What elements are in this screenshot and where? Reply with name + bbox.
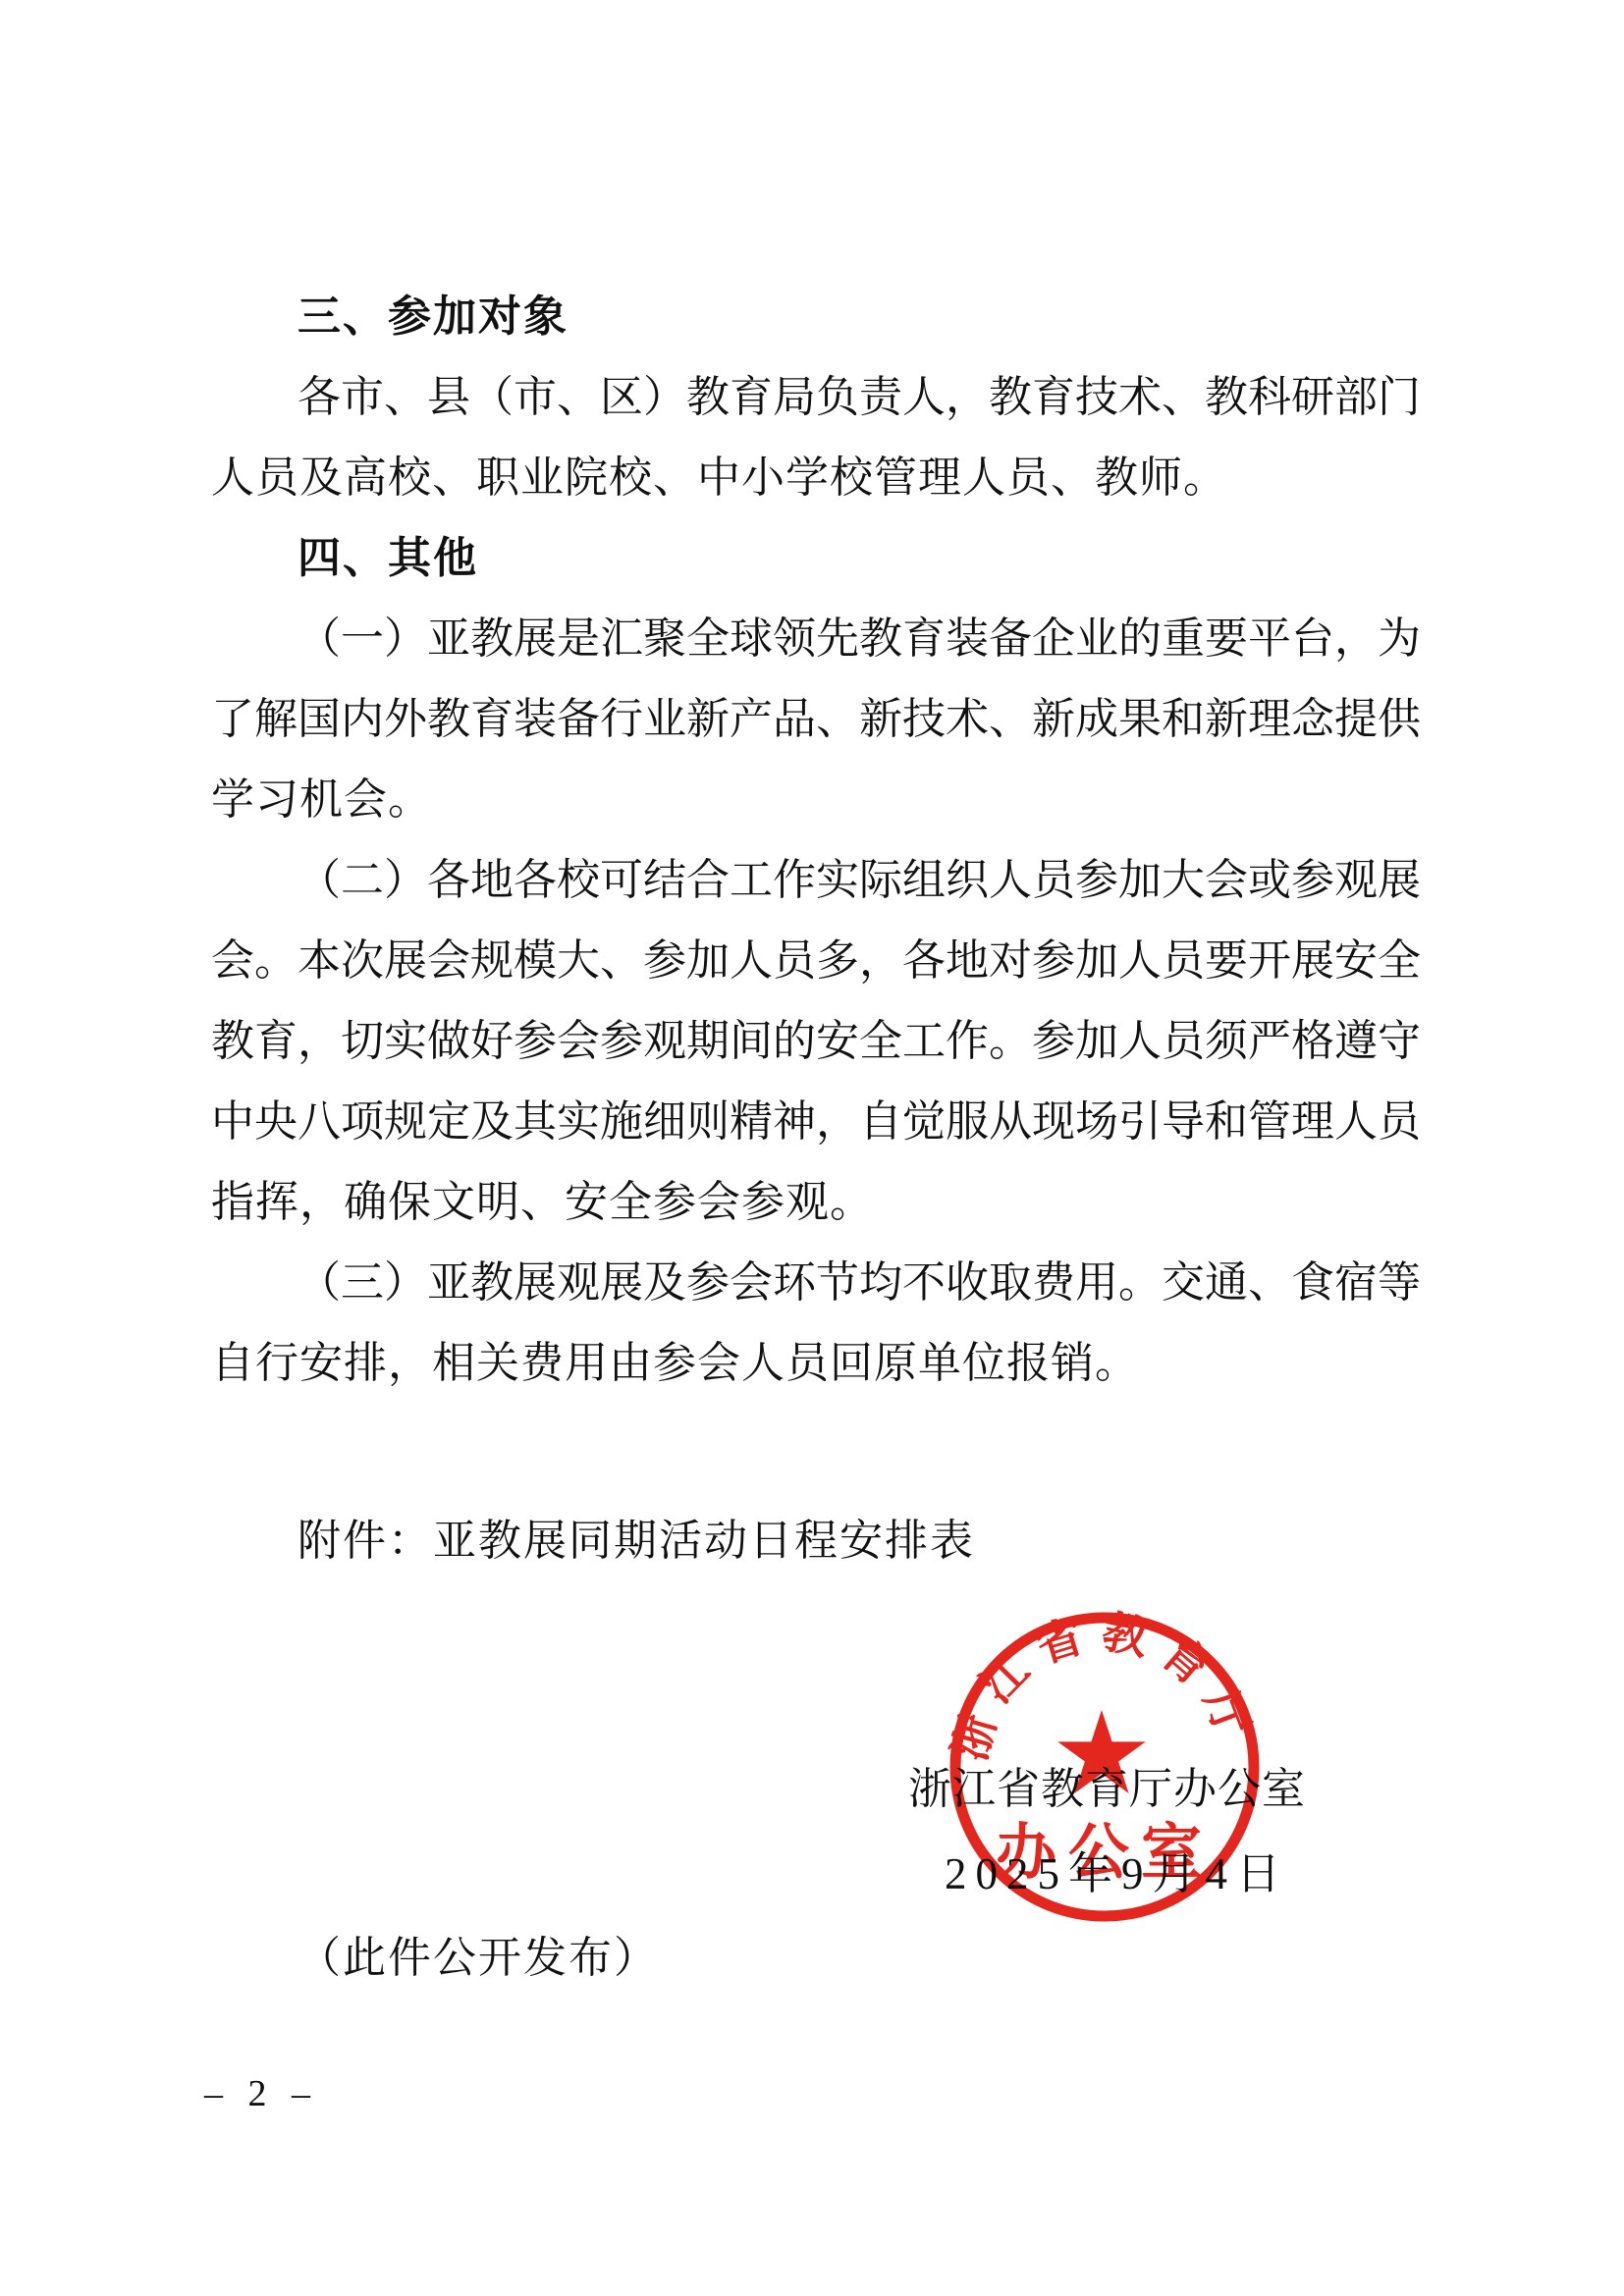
official-seal-stamp: 浙江省教育厅 办公室 <box>938 1600 1272 1934</box>
section3-line-1: 各市、县（市、区）教育局负责人，教育技术、教科研部门 <box>211 375 1421 455</box>
document-body: 三、参加对象 各市、县（市、区）教育局负责人，教育技术、教科研部门 人员及高校、… <box>211 294 1421 1421</box>
section4-para3-line-1: （三）亚教展观展及参会环节均不收取费用。交通、食宿等 <box>211 1260 1421 1341</box>
section4-para1-line-1: （一）亚教展是汇聚全球领先教育装备企业的重要平台，为 <box>211 616 1421 697</box>
section4-para1-line-2: 了解国内外教育装备行业新产品、新技术、新成果和新理念提供 <box>211 697 1421 777</box>
section4-para2-line-5: 指挥，确保文明、安全参会参观。 <box>211 1180 1421 1260</box>
section4-para2-line-1: （二）各地各校可结合工作实际组织人员参加大会或参观展 <box>211 858 1421 938</box>
section3-line-2: 人员及高校、职业院校、中小学校管理人员、教师。 <box>211 455 1421 536</box>
section4-para1-line-3: 学习机会。 <box>211 777 1421 858</box>
attachment-note: 附件：亚教展同期活动日程安排表 <box>298 1519 975 1564</box>
section4-para2-line-3: 教育，切实做好参会参观期间的安全工作。参加人员须严格遵守 <box>211 1019 1421 1099</box>
section4-para2-line-4: 中央八项规定及其实施细则精神，自觉服从现场引导和管理人员 <box>211 1099 1421 1180</box>
section3-heading: 三、参加对象 <box>211 294 1421 375</box>
public-release-note: （此件公开发布） <box>298 1936 659 1981</box>
section4-heading: 四、其他 <box>211 536 1421 616</box>
seal-office-text: 办公室 <box>996 1816 1214 1888</box>
page-number: – 2 – <box>204 2074 318 2113</box>
star-icon <box>1057 1710 1145 1793</box>
section4-para2-line-2: 会。本次展会规模大、参加人员多，各地对参加人员要开展安全 <box>211 938 1421 1019</box>
section4-para3-line-2: 自行安排，相关费用由参会人员回原单位报销。 <box>211 1341 1421 1421</box>
document-page: 三、参加对象 各市、县（市、区）教育局负责人，教育技术、教科研部门 人员及高校、… <box>0 0 1624 2296</box>
